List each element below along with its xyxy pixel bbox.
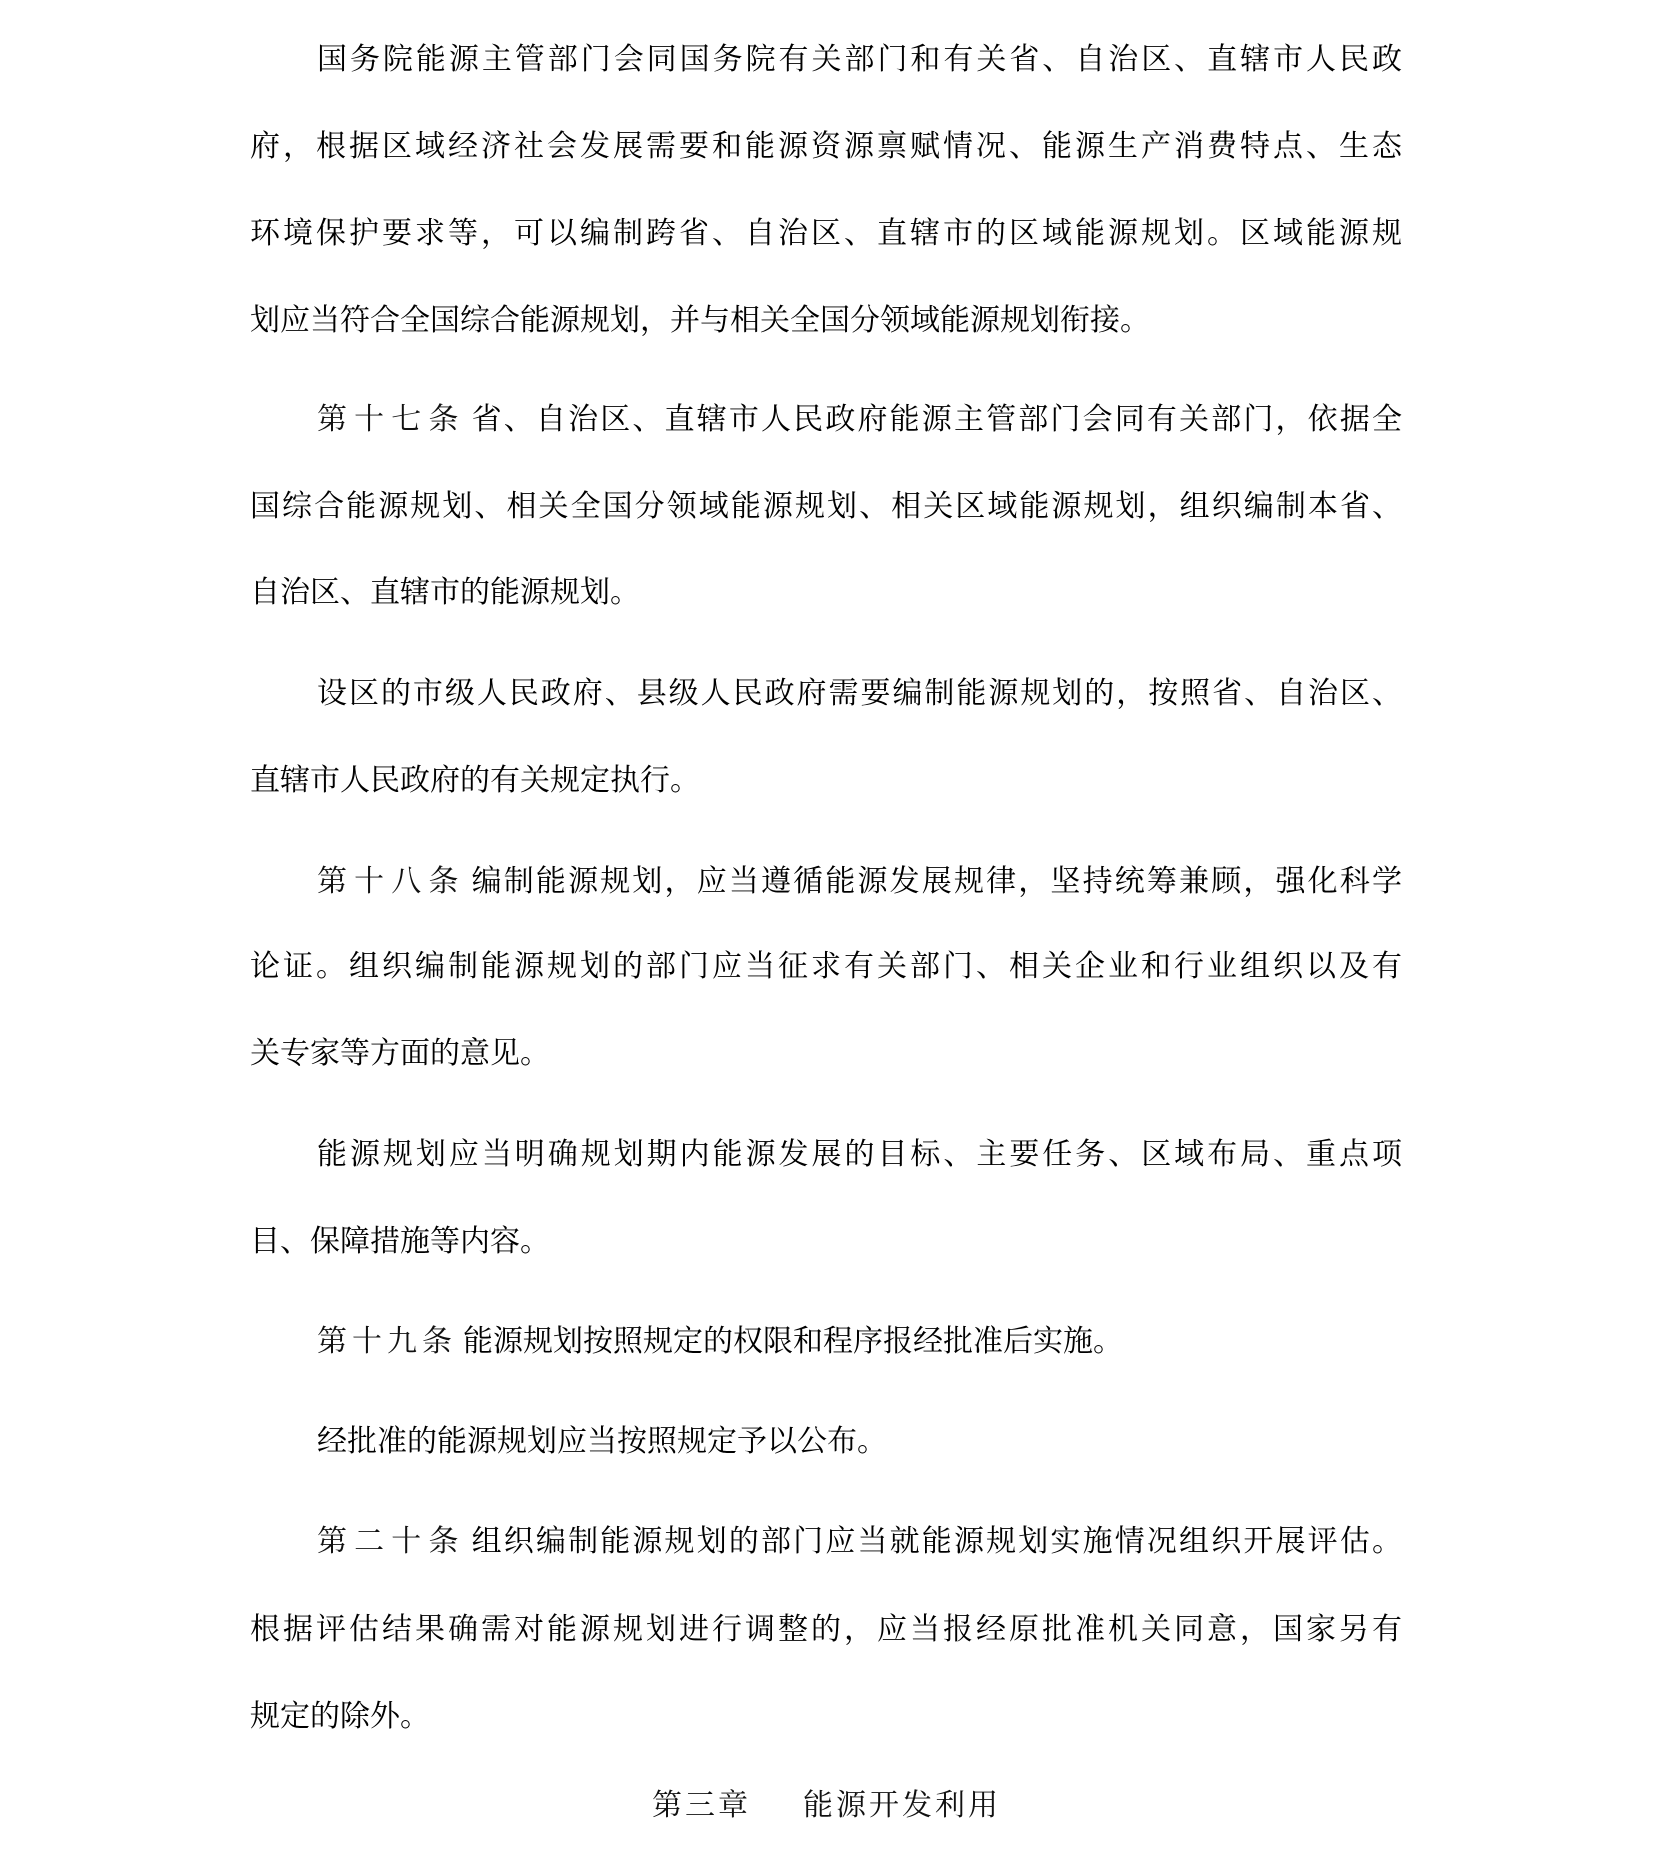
paragraph-line: 经批准的能源规划应当按照规定予以公布。	[317, 1422, 1402, 1462]
article-number: 第十八条	[317, 864, 466, 899]
paragraph-line: 论证。组织编制能源规划的部门应当征求有关部门、相关企业和行业组织以及有	[250, 947, 1402, 987]
article-18-first-line: 第十八条编制能源规划，应当遵循能源发展规律，坚持统筹兼顾，强化科学	[317, 862, 1402, 902]
chapter-number: 第三章	[652, 1788, 751, 1823]
paragraph-line: 府，根据区域经济社会发展需要和能源资源禀赋情况、能源生产消费特点、生态	[250, 127, 1402, 167]
paragraph-text: 省、自治区、直辖市人民政府能源主管部门会同有关部门，依据全	[472, 402, 1402, 437]
chapter-title: 能源开发利用	[803, 1788, 1001, 1823]
paragraph-line: 关专家等方面的意见。	[250, 1034, 1402, 1074]
paragraph-text: 编制能源规划，应当遵循能源发展规律，坚持统筹兼顾，强化科学	[472, 864, 1402, 899]
paragraph-line: 划应当符合全国综合能源规划，并与相关全国分领域能源规划衔接。	[250, 301, 1402, 341]
article-20-first-line: 第二十条组织编制能源规划的部门应当就能源规划实施情况组织开展评估。	[317, 1522, 1402, 1562]
paragraph-line: 国综合能源规划、相关全国分领域能源规划、相关区域能源规划，组织编制本省、	[250, 487, 1402, 527]
paragraph-line: 规定的除外。	[250, 1697, 1402, 1737]
document-page: 国务院能源主管部门会同国务院有关部门和有关省、自治区、直辖市人民政 府，根据区域…	[0, 0, 1653, 1866]
paragraph-line: 国务院能源主管部门会同国务院有关部门和有关省、自治区、直辖市人民政	[317, 40, 1402, 80]
article-number: 第十七条	[317, 402, 466, 437]
article-17-first-line: 第十七条省、自治区、直辖市人民政府能源主管部门会同有关部门，依据全	[317, 400, 1402, 440]
paragraph-line: 自治区、直辖市的能源规划。	[250, 573, 1402, 613]
paragraph-line: 目、保障措施等内容。	[250, 1222, 1402, 1262]
paragraph-line: 根据评估结果确需对能源规划进行调整的，应当报经原批准机关同意，国家另有	[250, 1610, 1402, 1650]
chapter-heading: 第三章能源开发利用	[0, 1786, 1653, 1826]
article-number: 第二十条	[317, 1524, 466, 1559]
paragraph-line: 能源规划应当明确规划期内能源发展的目标、主要任务、区域布局、重点项	[317, 1135, 1402, 1175]
article-19-first-line: 第十九条能源规划按照规定的权限和程序报经批准后实施。	[317, 1322, 1402, 1362]
paragraph-text: 组织编制能源规划的部门应当就能源规划实施情况组织开展评估。	[472, 1524, 1402, 1559]
paragraph-line: 环境保护要求等，可以编制跨省、自治区、直辖市的区域能源规划。区域能源规	[250, 214, 1402, 254]
paragraph-text: 能源规划按照规定的权限和程序报经批准后实施。	[463, 1324, 1123, 1359]
article-number: 第十九条	[317, 1324, 457, 1359]
paragraph-line: 设区的市级人民政府、县级人民政府需要编制能源规划的，按照省、自治区、	[317, 674, 1402, 714]
paragraph-line: 直辖市人民政府的有关规定执行。	[250, 761, 1402, 801]
